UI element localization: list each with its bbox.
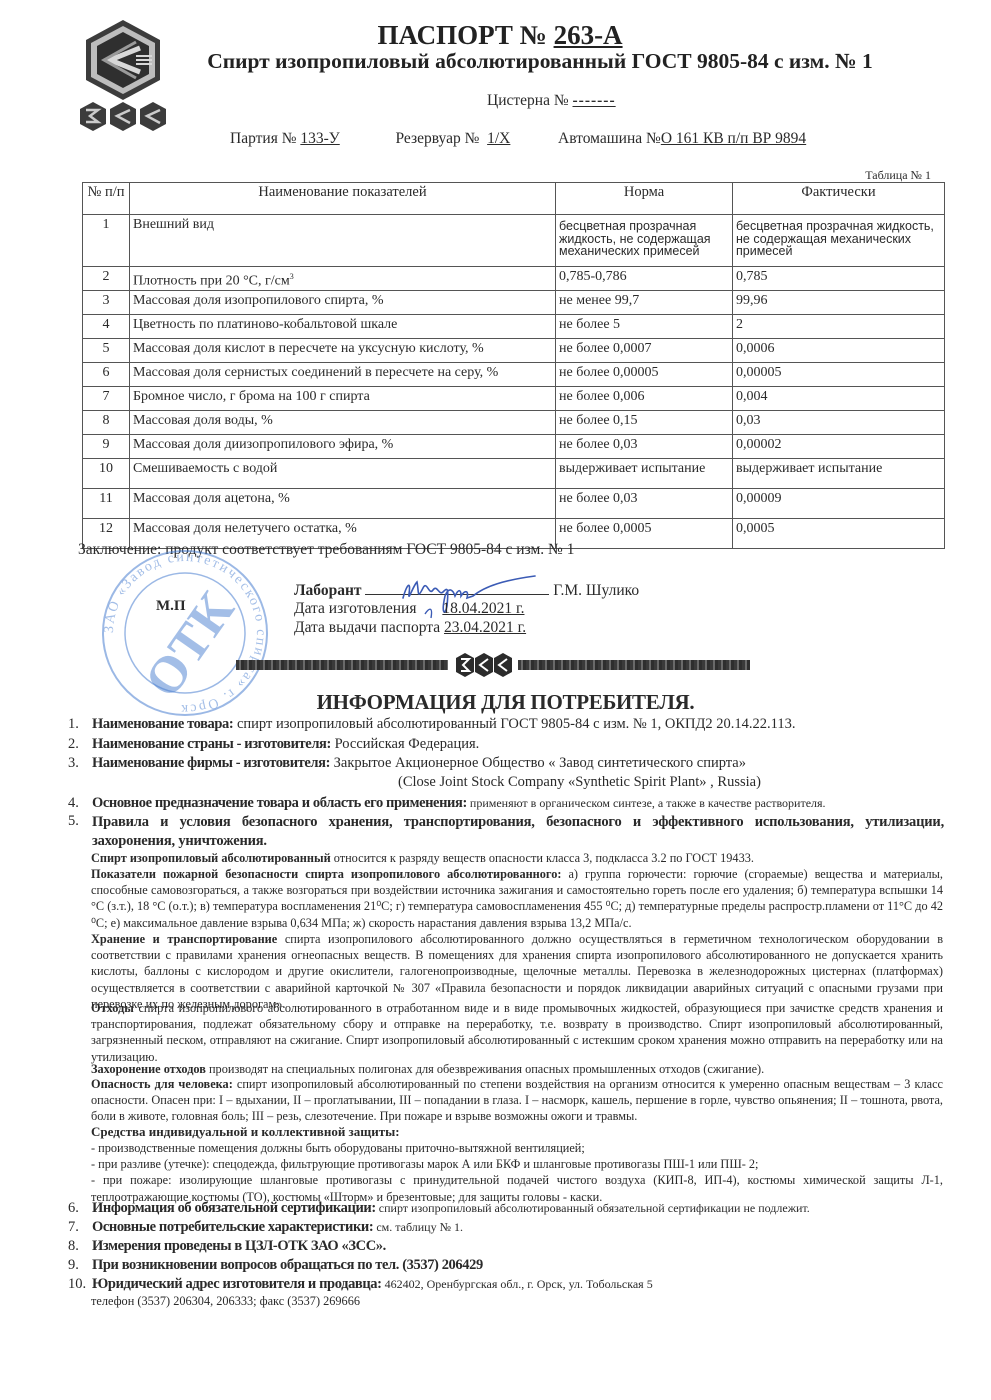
tank-label: Цистерна № [487,92,569,109]
item-number: 7. [68,1219,92,1236]
info-item-certification: 6.Информация об обязательной сертификаци… [68,1200,810,1217]
waste-disposal-paragraph: Захоронение отходов производят на специа… [91,1061,943,1077]
paragraph-lead: Отходы [91,1001,134,1015]
stamp-place-label: М.П [156,598,186,615]
cell-norm: бесцветная прозрачная жидкость, не содер… [556,215,733,267]
item-text: Закрытое Акционерное Общество « Завод си… [330,755,746,771]
cell-actual: бесцветная прозрачная жидкость, не содер… [733,215,945,267]
cell-number: 3 [83,291,130,315]
lab-assistant-name: Г.М. Шулико [553,582,639,599]
protection-list: - производственные помещения должны быть… [91,1140,943,1205]
item-number: 9. [68,1257,92,1274]
column-header-norm: Норма [556,183,733,215]
batch-value: 133-У [300,130,339,147]
cell-norm: не более 0,03 [556,435,733,459]
cell-number: 9 [83,435,130,459]
cell-actual: 0,0006 [733,339,945,363]
issue-date-value: 23.04.2021 г. [444,619,526,636]
tank-value: ------- [573,92,616,109]
reservoir-label: Резервуар № [396,130,480,147]
cell-indicator-name: Плотность при 20 °С, г/см3 [130,267,556,291]
cell-number: 10 [83,459,130,489]
table-row: 3Массовая доля изопропилового спирта, %н… [83,291,945,315]
cell-actual: 99,96 [733,291,945,315]
item-label: Юридический адрес изготовителя и продавц… [92,1276,382,1292]
item-text: см. таблицу № 1. [373,1220,463,1234]
cell-number: 11 [83,489,130,519]
cell-indicator-name: Бромное число, г брома на 100 г спирта [130,387,556,411]
passport-number: 263-А [554,20,623,50]
paragraph-text: производят на специальных полигонах для … [206,1062,764,1076]
cell-actual: 0,00005 [733,363,945,387]
cell-actual: 0,004 [733,387,945,411]
human-hazard-paragraph: Опасность для человека: спирт изопропило… [91,1076,943,1125]
table-row: 6Массовая доля сернистых соединений в пе… [83,363,945,387]
lab-assistant-label: Лаборант [294,582,362,599]
item-label: Наименование фирмы - изготовителя: [92,755,330,771]
item-number: 2. [68,736,92,753]
column-header-name: Наименование показателей [130,183,556,215]
cell-actual: выдерживает испытание [733,459,945,489]
item-label: Основное предназначение товара и область… [92,795,467,811]
table-row: 2Плотность при 20 °С, г/см30,785-0,7860,… [83,267,945,291]
paragraph-text: спирта изопропилового абсолютированного … [91,1001,943,1064]
batch-label: Партия № [230,130,296,147]
table-row: 11Массовая доля ацетона, %не более 0,030… [83,489,945,519]
column-header-actual: Фактически [733,183,945,215]
item-label: Наименование товара: [92,716,233,732]
cell-norm: не более 0,0005 [556,519,733,549]
table-row: 1Внешний видбесцветная прозрачная жидкос… [83,215,945,267]
cell-indicator-name: Массовая доля изопропилового спирта, % [130,291,556,315]
table-row: 4Цветность по платиново-кобальтовой шкал… [83,315,945,339]
cell-indicator-name: Внешний вид [130,215,556,267]
paragraph-text: относится к разряду веществ опасности кл… [331,851,754,865]
cell-norm: не более 5 [556,315,733,339]
table-row: 10Смешиваемость с водойвыдерживает испыт… [83,459,945,489]
manufacture-date-label: Дата изготовления [294,600,416,617]
cell-norm: не менее 99,7 [556,291,733,315]
table-row: 9Массовая доля диизопропилового эфира, %… [83,435,945,459]
tank-field: Цистерна № ------- [487,92,616,110]
cell-actual: 0,0005 [733,519,945,549]
cell-indicator-name: Массовая доля кислот в пересчете на уксу… [130,339,556,363]
fire-safety-paragraph: Показатели пожарной безопасности спирта … [91,866,943,931]
manufacture-date-line: Дата изготовления 18.04.2021 г. [294,600,524,618]
item-text: спирт изопропиловый абсолютированный обя… [376,1201,810,1215]
cell-number: 7 [83,387,130,411]
protection-heading: Средства индивидуальной и коллективной з… [91,1124,943,1140]
info-item-measurements: 8.Измерения проведены в ЦЗЛ-ОТК ЗАО «ЗСС… [68,1238,386,1255]
legal-address-phones: телефон (3537) 206304, 206333; факс (353… [91,1294,360,1309]
vehicle-label: Автомашина № [558,130,661,147]
item-number: 1. [68,716,92,733]
hazard-class-paragraph: Спирт изопропиловый абсолютированный отн… [91,850,943,866]
cell-actual: 2 [733,315,945,339]
cell-number: 1 [83,215,130,267]
paragraph-lead: Показатели пожарной безопасности спирта … [91,867,561,881]
info-item-characteristics: 7.Основные потребительские характеристик… [68,1219,463,1236]
paragraph-lead: Опасность для человека: [91,1077,233,1091]
company-logo-icon [78,18,168,133]
item-number: 5. [68,813,92,830]
cell-actual: 0,785 [733,267,945,291]
cell-norm: 0,785-0,786 [556,267,733,291]
table-header-row: № п/п Наименование показателей Норма Фак… [83,183,945,215]
cell-actual: 0,00009 [733,489,945,519]
table-caption: Таблица № 1 [865,168,931,183]
passport-title-prefix: ПАСПОРТ № [377,20,546,50]
cell-indicator-name: Массовая доля воды, % [130,411,556,435]
cell-norm: не более 0,15 [556,411,733,435]
info-item-legal-address: 10.Юридический адрес изготовителя и прод… [68,1276,653,1293]
product-subtitle: Спирт изопропиловый абсолютированный ГОС… [190,49,890,74]
info-item-product-name: 1.Наименование товара: спирт изопропилов… [68,716,795,733]
item-text: 462402, Оренбургская обл., г. Орск, ул. … [382,1277,653,1291]
item-text: Российская Федерация. [331,736,479,752]
manufacture-date-value: 18.04.2021 г. [442,600,524,617]
batch-info-row: Партия № 133-У Резервуар № 1/X Автомашин… [230,130,806,148]
vehicle-value: О 161 КВ п/п ВР 9894 [661,130,806,147]
info-item-country: 2.Наименование страны - изготовителя: Ро… [68,736,479,753]
item-number: 6. [68,1200,92,1217]
table-row: 7Бромное число, г брома на 100 г спиртан… [83,387,945,411]
waste-paragraph: Отходы спирта изопропилового абсолютиров… [91,1000,943,1065]
item-number: 3. [68,755,92,772]
cell-norm: не более 0,0007 [556,339,733,363]
info-item-manufacturer: 3.Наименование фирмы - изготовителя: Зак… [68,755,746,772]
cell-number: 8 [83,411,130,435]
cell-actual: 0,03 [733,411,945,435]
paragraph-lead: Захоронение отходов [91,1062,206,1076]
item-label: Информация об обязательной сертификации: [92,1200,376,1216]
passport-title: ПАСПОРТ № 263-А [190,20,810,51]
item-number: 10. [68,1276,92,1293]
item-number: 8. [68,1238,92,1255]
cell-number: 2 [83,267,130,291]
cell-norm: не более 0,006 [556,387,733,411]
cell-actual: 0,00002 [733,435,945,459]
item-label: Наименование страны - изготовителя: [92,736,331,752]
info-item-contact-phone: 9.При возникновении вопросов обращаться … [68,1257,483,1274]
item-label: При возникновении вопросов обращаться по… [92,1257,483,1273]
manufacturer-english-name: (Close Joint Stock Company «Synthetic Sp… [398,774,761,791]
cell-norm: выдерживает испытание [556,459,733,489]
item-number: 4. [68,795,92,812]
cell-indicator-name: Смешиваемость с водой [130,459,556,489]
column-header-number: № п/п [83,183,130,215]
item-label: Основные потребительские характеристики: [92,1219,373,1235]
cell-number: 4 [83,315,130,339]
info-item-purpose: 4.Основное предназначение товара и облас… [68,795,826,812]
item-text: применяют в органическом синтезе, а такж… [467,796,826,810]
item-label: Измерения проведены в ЦЗЛ-ОТК ЗАО «ЗСС». [92,1238,386,1254]
cell-norm: не более 0,03 [556,489,733,519]
cell-indicator-name: Цветность по платиново-кобальтовой шкале [130,315,556,339]
divider-band-right [518,660,750,670]
unit-superscript: 3 [290,272,294,281]
item-text: спирт изопропиловый абсолютированный ГОС… [233,716,795,732]
cell-norm: не более 0,00005 [556,363,733,387]
cell-number: 5 [83,339,130,363]
table-row: 8Массовая доля воды, %не более 0,150,03 [83,411,945,435]
table-row: 5Массовая доля кислот в пересчете на укс… [83,339,945,363]
cell-number: 6 [83,363,130,387]
divider-band-left [236,660,448,670]
paragraph-lead: Средства индивидуальной и коллективной з… [91,1124,400,1139]
item-label: Правила и условия безопасного хранения, … [92,813,944,851]
issue-date-label: Дата выдачи паспорта [294,619,440,636]
issue-date-line: Дата выдачи паспорта 23.04.2021 г. [294,619,526,637]
cell-indicator-name: Массовая доля ацетона, % [130,489,556,519]
paragraph-lead: Спирт изопропиловый абсолютированный [91,851,331,865]
cell-indicator-name: Массовая доля диизопропилового эфира, % [130,435,556,459]
info-item-safety-rules: 5.Правила и условия безопасного хранения… [68,813,948,851]
paragraph-lead: Хранение и транспортирование [91,932,277,946]
reservoir-value: 1/X [487,130,510,147]
consumer-info-title: ИНФОРМАЦИЯ ДЛЯ ПОТРЕБИТЕЛЯ. [0,690,991,715]
specification-table: № п/п Наименование показателей Норма Фак… [82,182,945,549]
cell-indicator-name: Массовая доля сернистых соединений в пер… [130,363,556,387]
zss-logo-icon [455,652,513,678]
